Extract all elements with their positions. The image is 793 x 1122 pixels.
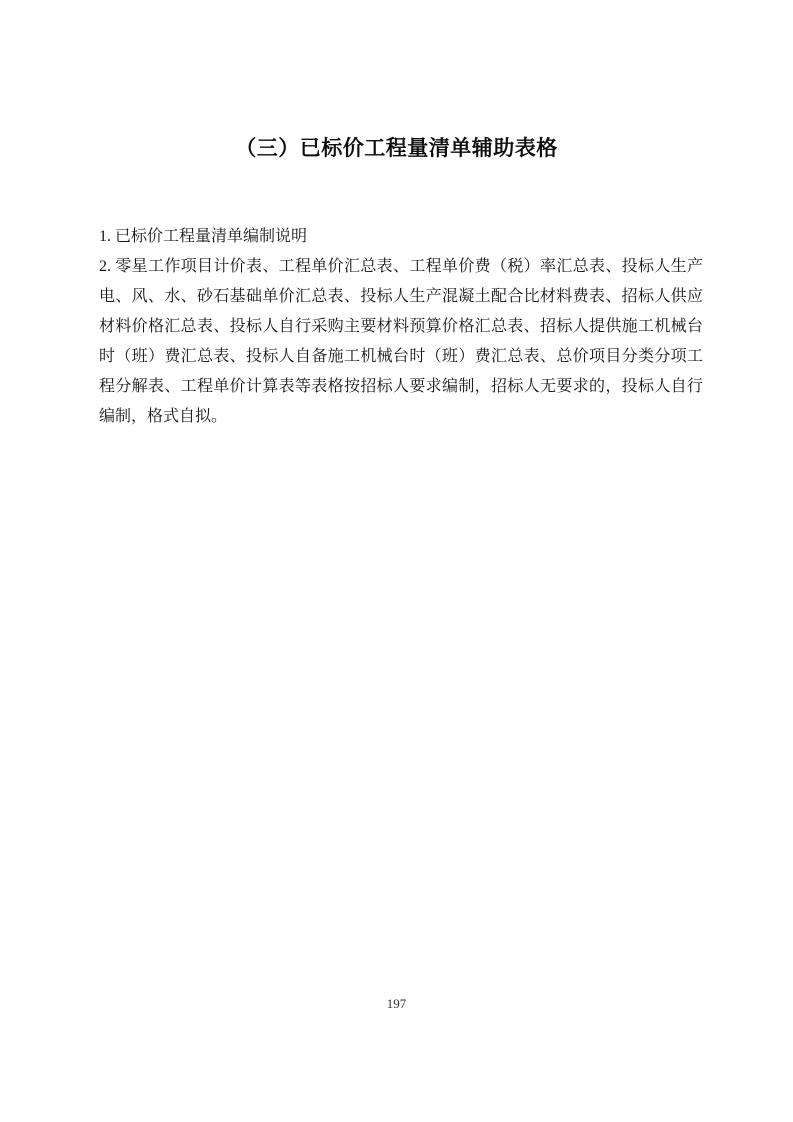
page-number: 197 <box>0 995 793 1013</box>
numbered-item-2-line-1: 2. 零星工作项目计价表、工程单价汇总表、工程单价费（税）率汇总表、投标人生产 <box>99 252 703 282</box>
numbered-item-2-line-3: 材料价格汇总表、投标人自行采购主要材料预算价格汇总表、招标人提供施工机械台 <box>99 312 703 342</box>
section-heading: （三）已标价工程量清单辅助表格 <box>0 133 793 163</box>
document-page: （三）已标价工程量清单辅助表格 1. 已标价工程量清单编制说明 2. 零星工作项… <box>0 0 793 1122</box>
numbered-item-2-line-6: 编制，格式自拟。 <box>99 402 703 432</box>
numbered-item-2-line-4: 时（班）费汇总表、投标人自备施工机械台时（班）费汇总表、总价项目分类分项工 <box>99 342 703 372</box>
numbered-item-1: 1. 已标价工程量清单编制说明 <box>99 222 703 252</box>
numbered-item-2-line-5: 程分解表、工程单价计算表等表格按招标人要求编制，招标人无要求的，投标人自行 <box>99 372 703 402</box>
numbered-item-2-line-2: 电、风、水、砂石基础单价汇总表、投标人生产混凝土配合比材料费表、招标人供应 <box>99 282 703 312</box>
document-body: 1. 已标价工程量清单编制说明 2. 零星工作项目计价表、工程单价汇总表、工程单… <box>99 222 703 432</box>
